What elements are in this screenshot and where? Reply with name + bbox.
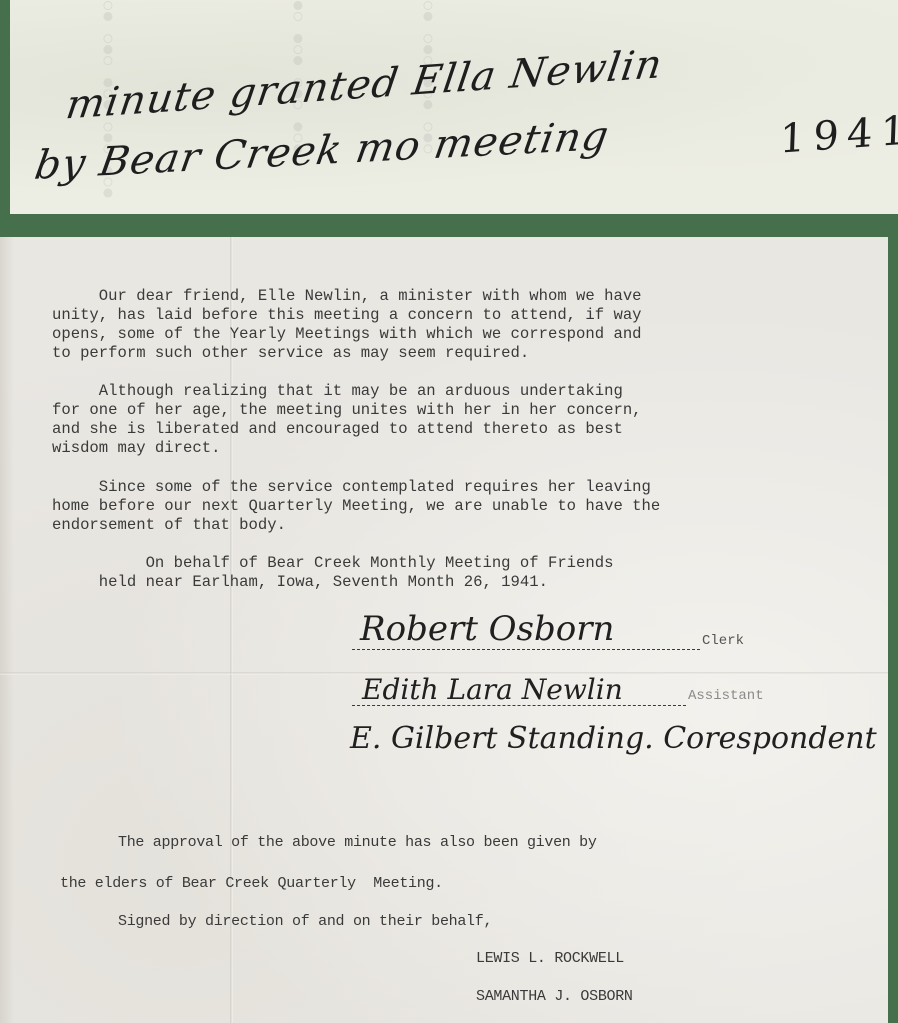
signature-underline [352,649,700,650]
handwritten-note-panel: ●○● ○●○ ●○● ○●○ ●○● ○●○ ●○● ○●○ ●○● ●○● … [10,0,898,214]
text-line: On behalf of Bear Creek Monthly Meeting … [52,554,613,573]
text-line: The approval of the above minute has als… [118,834,597,851]
text-line: Signed by direction of and on their beha… [118,913,492,930]
text-line: Our dear friend, Elle Newlin, a minister… [52,287,642,306]
text-line: home before our next Quarterly Meeting, … [52,497,660,516]
title-assistant: Assistant [688,688,764,704]
text-line: Since some of the service contemplated r… [52,478,651,497]
text-line: opens, some of the Yearly Meetings with … [52,325,642,344]
text-line: unity, has laid before this meeting a co… [52,306,642,325]
signature-assistant: Edith Lara Newlin [362,673,623,706]
elder-name: LEWIS L. ROCKWELL [476,950,624,967]
elder-name: SAMANTHA J. OSBORN [476,988,633,1005]
text-line: endorsement of that body. [52,516,286,535]
text-line: the elders of Bear Creek Quarterly Meeti… [60,875,443,892]
text-line: and she is liberated and encouraged to a… [52,420,623,439]
text-line: held near Earlham, Iowa, Seventh Month 2… [52,573,548,592]
signature-correspondent: E. Gilbert Standing. Corespondent [350,721,877,756]
signature-clerk: Robert Osborn [360,609,614,649]
handwritten-year: 1941 [779,107,898,162]
text-line: for one of her age, the meeting unites w… [52,401,642,420]
typed-letter-panel: Our dear friend, Elle Newlin, a minister… [0,237,888,1023]
text-line: wisdom may direct. [52,439,220,458]
text-line: to perform such other service as may see… [52,344,529,363]
text-line: Although realizing that it may be an ard… [52,382,623,401]
title-clerk: Clerk [702,633,744,649]
